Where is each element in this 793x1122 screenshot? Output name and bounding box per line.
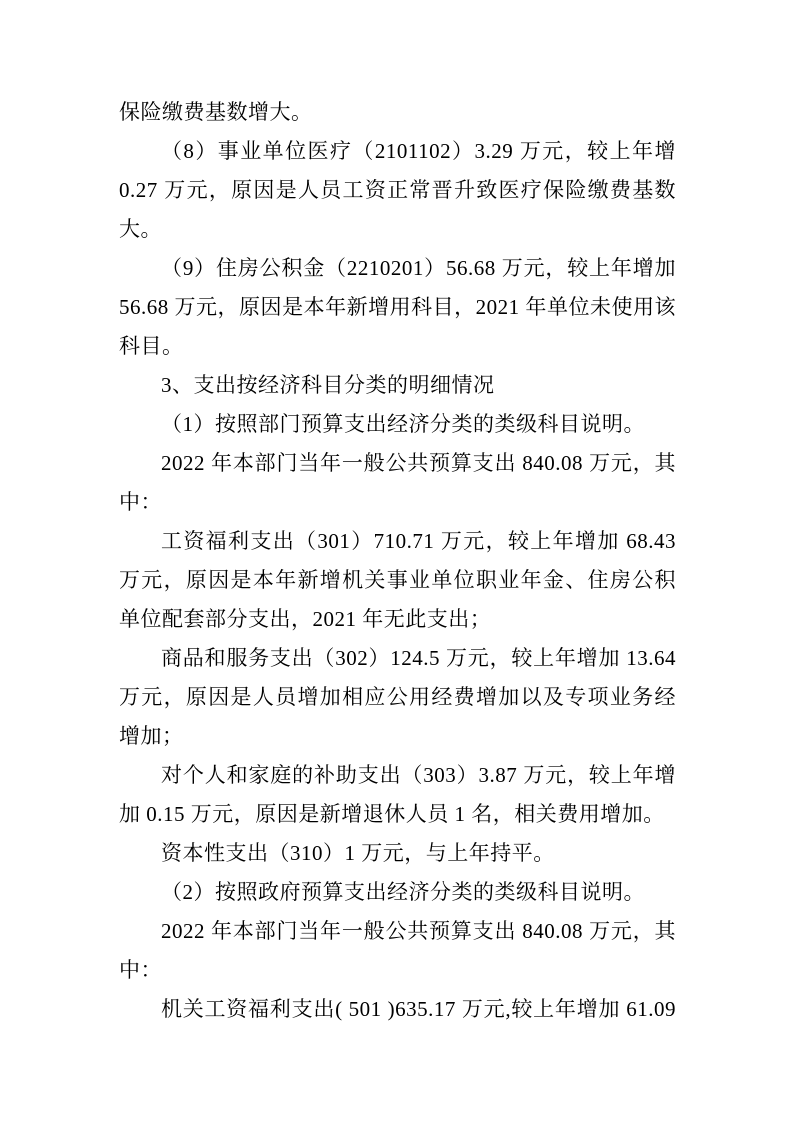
document-line-subsection-heading: （2）按照政府预算支出经济分类的类级科目说明。 bbox=[119, 873, 676, 912]
document-line: （9）住房公积金（2210201）56.68 万元，较上年增加 bbox=[119, 249, 676, 288]
document-line: 商品和服务支出（302）124.5 万元，较上年增加 13.64 bbox=[119, 639, 676, 678]
document-line: 2022 年本部门当年一般公共预算支出 840.08 万元，其 bbox=[119, 912, 676, 951]
document-line: 资本性支出（310）1 万元，与上年持平。 bbox=[119, 834, 676, 873]
document-line: 加 0.15 万元，原因是新增退休人员 1 名，相关费用增加。 bbox=[119, 795, 676, 834]
document-line: 科目。 bbox=[119, 327, 676, 366]
document-page: 保险缴费基数增大。 （8）事业单位医疗（2101102）3.29 万元，较上年增… bbox=[0, 0, 793, 1122]
document-line: 工资福利支出（301）710.71 万元，较上年增加 68.43 bbox=[119, 522, 676, 561]
document-line: 2022 年本部门当年一般公共预算支出 840.08 万元，其 bbox=[119, 444, 676, 483]
document-line: 机关工资福利支出( 501 )635.17 万元,较上年增加 61.09 bbox=[119, 990, 676, 1029]
document-line: 大。 bbox=[119, 210, 676, 249]
document-line: 保险缴费基数增大。 bbox=[119, 93, 676, 132]
document-text-block: 保险缴费基数增大。 （8）事业单位医疗（2101102）3.29 万元，较上年增… bbox=[119, 0, 676, 1029]
document-line: （8）事业单位医疗（2101102）3.29 万元，较上年增加 bbox=[119, 132, 676, 171]
document-line: 增加； bbox=[119, 717, 676, 756]
document-line: 对个人和家庭的补助支出（303）3.87 万元，较上年增 bbox=[119, 756, 676, 795]
document-line: 56.68 万元，原因是本年新增用科目，2021 年单位未使用该 bbox=[119, 288, 676, 327]
document-line: 0.27 万元，原因是人员工资正常晋升致医疗保险缴费基数增 bbox=[119, 171, 676, 210]
document-line: 万元，原因是人员增加相应公用经费增加以及专项业务经费 bbox=[119, 678, 676, 717]
document-line: 单位配套部分支出，2021 年无此支出； bbox=[119, 600, 676, 639]
document-line-section-heading: 3、支出按经济科目分类的明细情况 bbox=[119, 366, 676, 405]
document-line: 中： bbox=[119, 951, 676, 990]
document-line: 万元，原因是本年新增机关事业单位职业年金、住房公积金 bbox=[119, 561, 676, 600]
document-line-subsection-heading: （1）按照部门预算支出经济分类的类级科目说明。 bbox=[119, 405, 676, 444]
document-line: 中： bbox=[119, 483, 676, 522]
